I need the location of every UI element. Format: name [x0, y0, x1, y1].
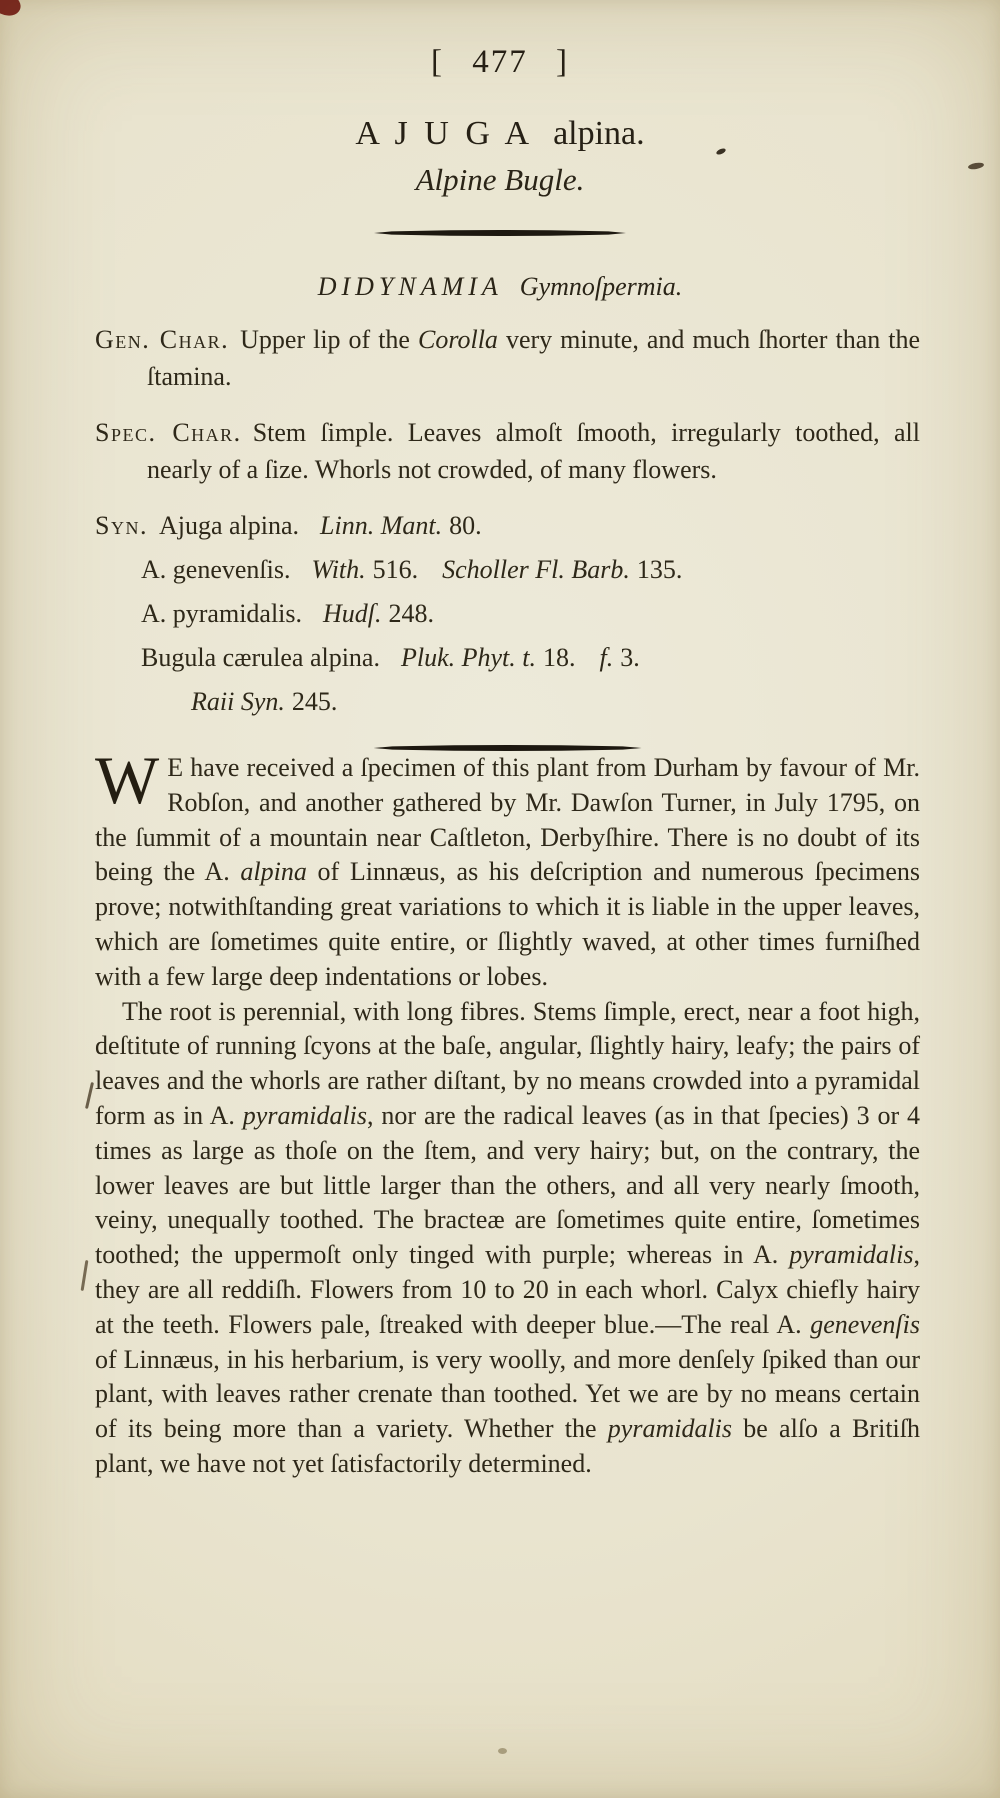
syn-reference: Pluk. Phyt. t.	[401, 643, 536, 672]
species-title: A J U G Aalpina.	[0, 115, 1000, 153]
syn-reference: Scholler Fl. Barb.	[442, 555, 630, 584]
gen-char-text: Upper lip of the	[240, 325, 418, 354]
text-column: Gen. Char.Upper lip of the Corolla very …	[0, 321, 1000, 1482]
linnaean-class: DIDYNAMIA	[318, 272, 503, 301]
syn-name: A. pyramidalis.	[141, 599, 302, 628]
synonym-line: Syn.Ajuga alpina.Linn. Mant.80.	[95, 509, 920, 543]
classification-line: DIDYNAMIAGymnoſpermia.	[0, 272, 1000, 302]
syn-label: Syn.	[95, 511, 148, 540]
body-italic: pyramidalis	[608, 1414, 732, 1443]
syn-reference: f.	[600, 643, 614, 672]
syn-page: 18.	[543, 643, 576, 672]
syn-reference: With.	[311, 555, 365, 584]
genus-name: A J U G A	[355, 115, 533, 152]
body-italic: genevenſis	[810, 1310, 920, 1339]
syn-reference: Linn. Mant.	[320, 511, 442, 540]
body-italic: pyramidalis	[243, 1101, 367, 1130]
syn-page: 245.	[292, 687, 338, 716]
drop-cap: W	[95, 751, 167, 808]
synonym-line: Raii Syn.245.	[191, 685, 920, 719]
body-italic: pyramidalis	[789, 1240, 913, 1269]
syn-name: Ajuga alpina.	[159, 511, 299, 540]
gen-char-label: Gen. Char.	[95, 325, 229, 354]
synonyms-block: Syn.Ajuga alpina.Linn. Mant.80. A. genev…	[95, 509, 920, 719]
gen-char-italic: Corolla	[418, 325, 498, 354]
description-text: WE have received a ſpecimen of this plan…	[95, 751, 920, 1482]
divider-rule-top	[374, 230, 626, 236]
body-paragraph-2: The root is perennial, with long fibres.…	[95, 995, 920, 1482]
synonym-line: Bugula cærulea alpina.Pluk. Phyt. t.18.f…	[141, 641, 920, 675]
syn-page: 135.	[637, 555, 683, 584]
syn-reference: Raii Syn.	[191, 687, 285, 716]
syn-page: 248.	[389, 599, 435, 628]
syn-page: 516.	[373, 555, 419, 584]
synonym-line: A. pyramidalis.Hudſ.248.	[141, 597, 920, 631]
syn-reference: Hudſ.	[323, 599, 382, 628]
spec-char-text: Stem ſimple. Leaves almoſt ſmooth, irreg…	[147, 418, 920, 484]
body-italic: alpina	[240, 857, 306, 886]
spec-char-label: Spec. Char.	[95, 418, 242, 447]
body-paragraph-1: WE have received a ſpecimen of this plan…	[95, 751, 920, 995]
syn-page: 80.	[449, 511, 482, 540]
linnaean-order: Gymnoſpermia.	[520, 272, 682, 301]
common-name: Alpine Bugle.	[0, 162, 1000, 198]
generic-character: Gen. Char.Upper lip of the Corolla very …	[95, 321, 920, 395]
syn-name: A. genevenſis.	[141, 555, 290, 584]
syn-page: 3.	[620, 643, 640, 672]
page-number: [ 477 ]	[0, 0, 1000, 81]
scanned-book-page: [ 477 ] A J U G Aalpina. Alpine Bugle. D…	[0, 0, 1000, 1798]
synonym-line: A. genevenſis.With.516.Scholler Fl. Barb…	[141, 553, 920, 587]
paper-speck	[498, 1748, 507, 1754]
syn-name: Bugula cærulea alpina.	[141, 643, 380, 672]
specific-character: Spec. Char.Stem ſimple. Leaves almoſt ſm…	[95, 414, 920, 488]
species-epithet: alpina.	[553, 115, 645, 152]
